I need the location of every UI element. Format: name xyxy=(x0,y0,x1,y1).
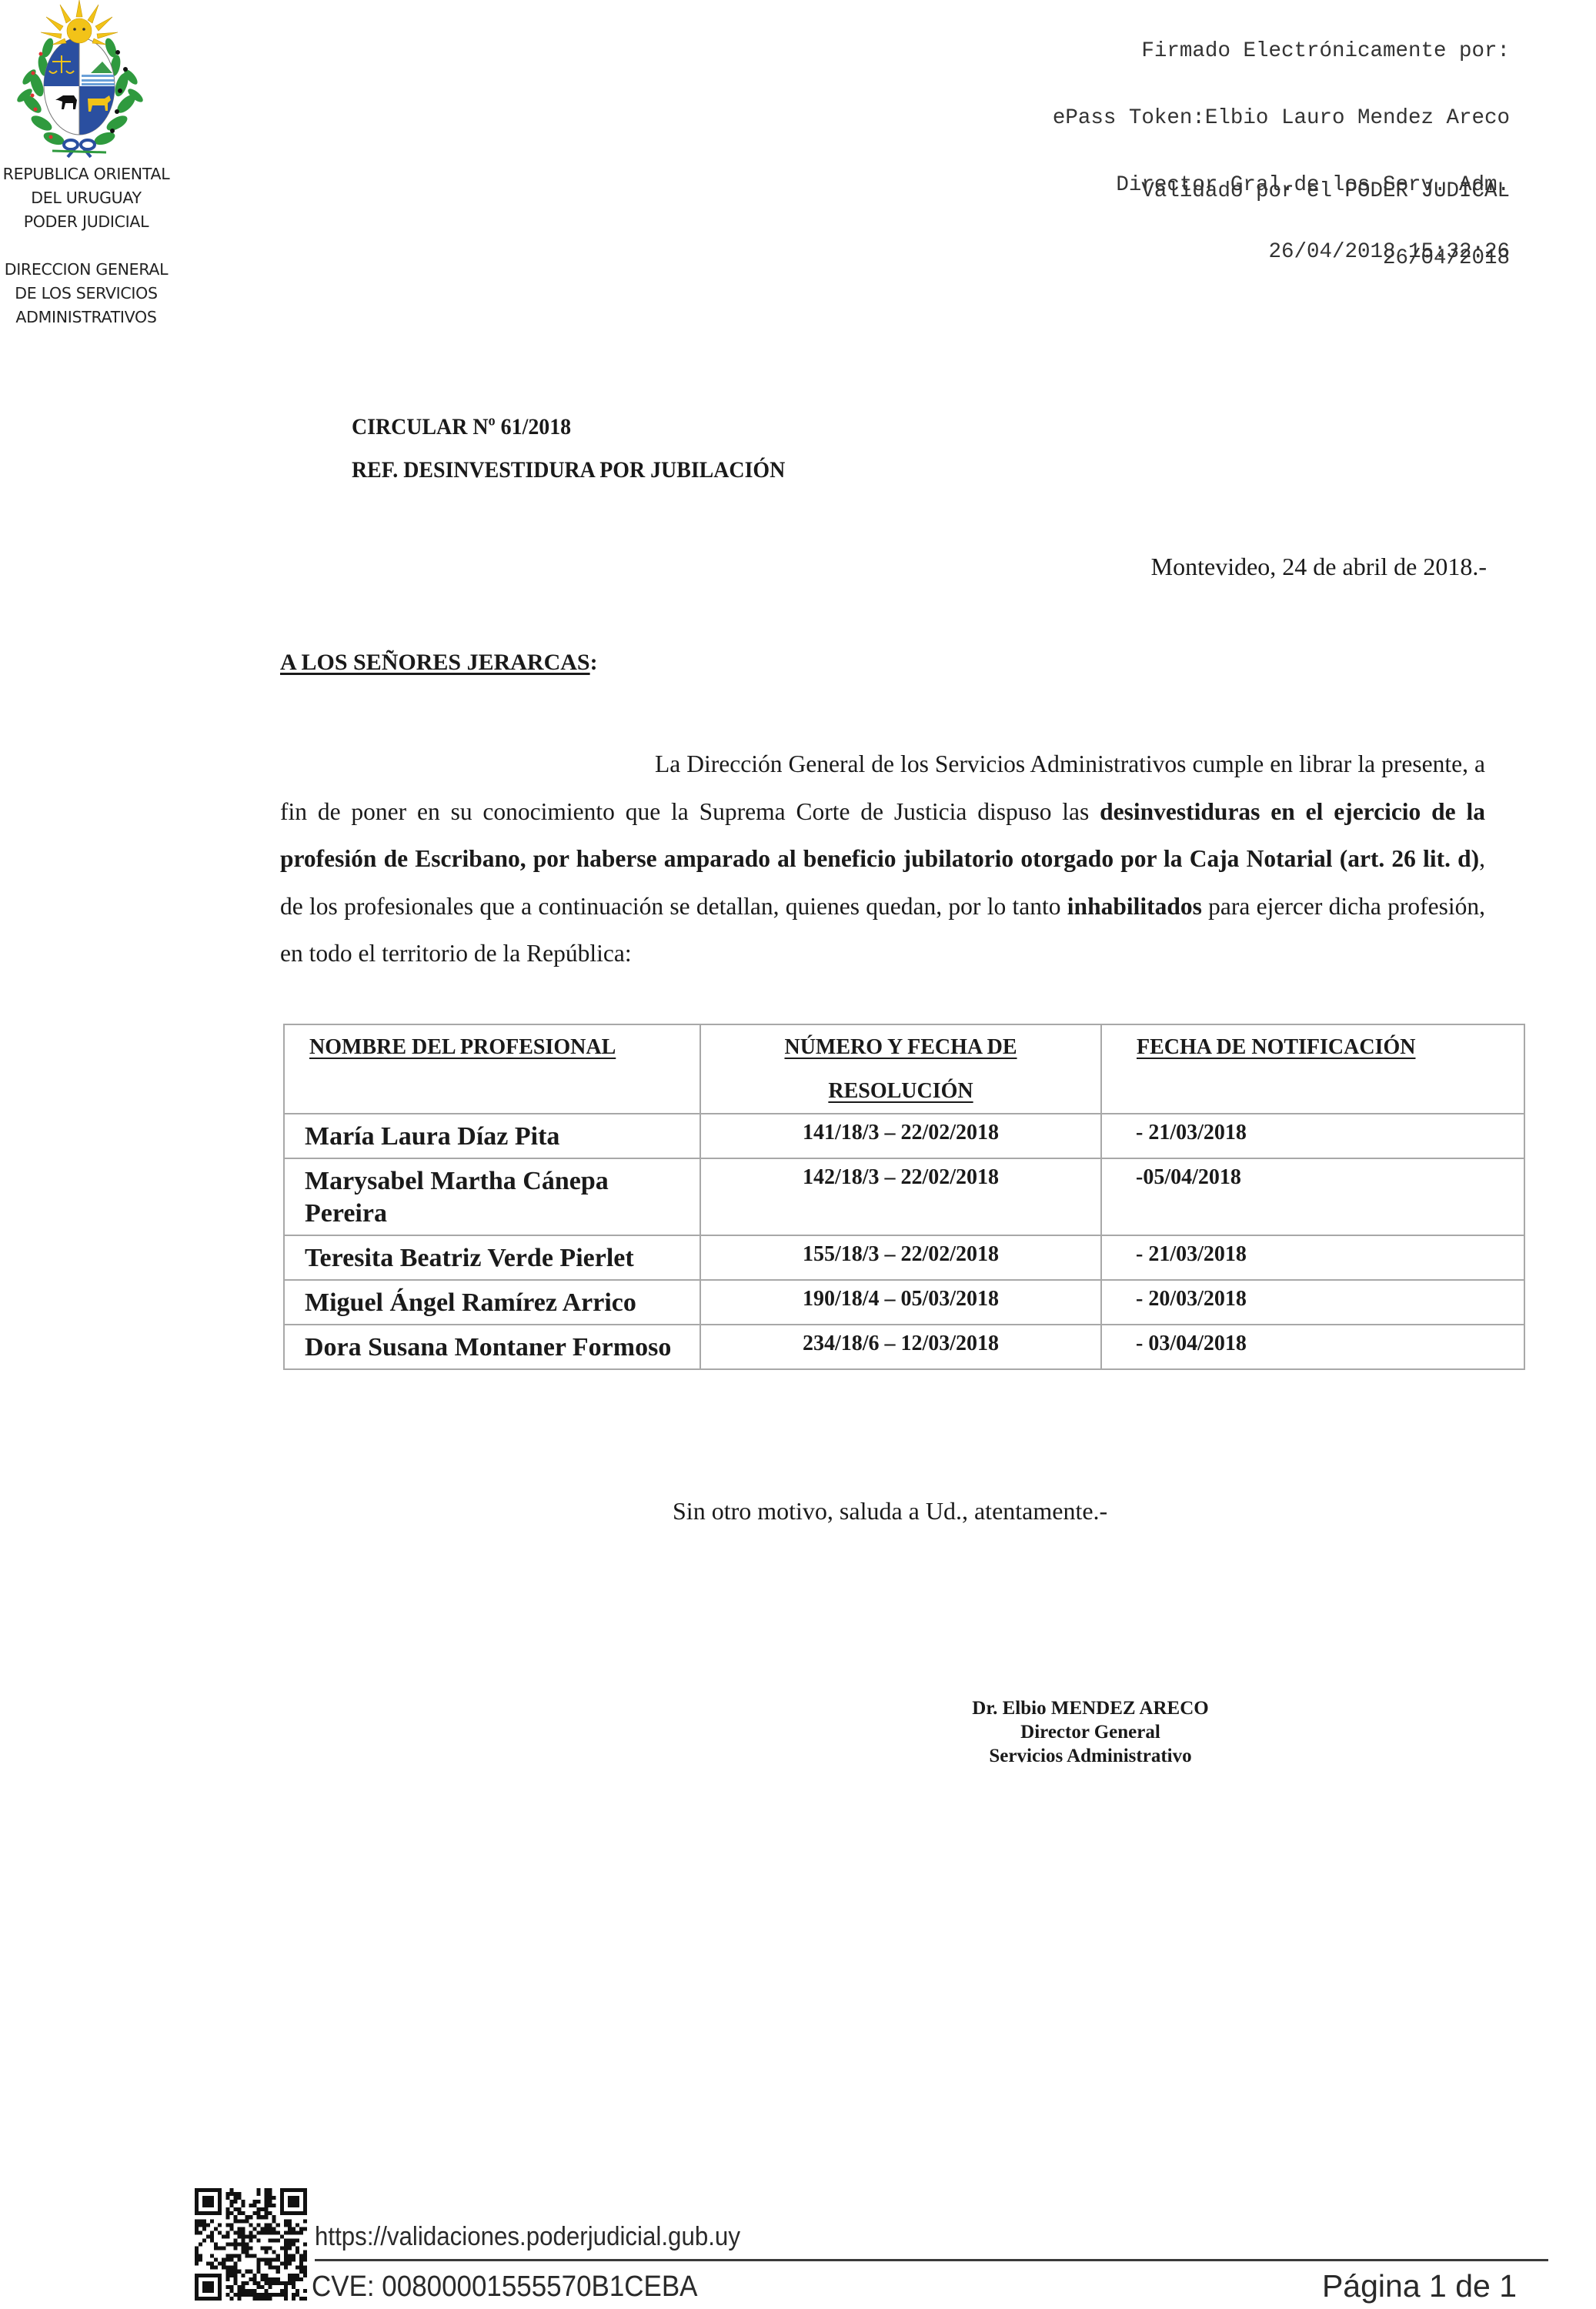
stamp-line: ePass Token:Elbio Lauro Mendez Areco xyxy=(1053,107,1510,129)
signatory-block: Dr. Elbio MENDEZ ARECO Director General … xyxy=(860,1696,1321,1768)
cell-name: Teresita Beatriz Verde Pierlet xyxy=(284,1235,700,1280)
table-row: Teresita Beatriz Verde Pierlet155/18/3 –… xyxy=(284,1235,1524,1280)
circular-title: CIRCULAR Nº 61/2018 xyxy=(352,414,571,440)
table-row: María Laura Díaz Pita141/18/3 – 22/02/20… xyxy=(284,1114,1524,1158)
reference-line: REF. DESINVESTIDURA POR JUBILACIÓN xyxy=(352,457,785,483)
cell-notification: - 21/03/2018 xyxy=(1101,1114,1524,1158)
cell-resolution: 142/18/3 – 22/02/2018 xyxy=(700,1158,1101,1235)
qr-code-icon xyxy=(195,2188,307,2301)
paragraph-bold-text: inhabilitados xyxy=(1067,893,1202,920)
header-line: RESOLUCIÓN xyxy=(828,1079,973,1103)
validation-url-link[interactable]: https://validaciones.poderjudicial.gub.u… xyxy=(315,2222,740,2252)
professionals-table: NOMBRE DEL PROFESIONAL NÚMERO Y FECHA DE… xyxy=(283,1024,1525,1370)
table-row: Miguel Ángel Ramírez Arrico190/18/4 – 05… xyxy=(284,1280,1524,1325)
column-header-name: NOMBRE DEL PROFESIONAL xyxy=(284,1024,700,1114)
cell-notification: - 21/03/2018 xyxy=(1101,1235,1524,1280)
cell-name: Dora Susana Montaner Formoso xyxy=(284,1325,700,1369)
org-line: REPUBLICA ORIENTAL xyxy=(0,162,172,186)
column-header-notification: FECHA DE NOTIFICACIÓN xyxy=(1101,1024,1524,1114)
cell-resolution: 141/18/3 – 22/02/2018 xyxy=(700,1114,1101,1158)
org-line: ADMINISTRATIVOS xyxy=(0,306,172,329)
cve-code: CVE: 00800001555570B1CEBA xyxy=(312,2271,697,2304)
org-line: DEL URUGUAY xyxy=(0,186,172,210)
org-line: DIRECCION GENERAL xyxy=(0,258,172,282)
table-header-row: NOMBRE DEL PROFESIONAL NÚMERO Y FECHA DE… xyxy=(284,1024,1524,1114)
header-line: NÚMERO Y FECHA DE xyxy=(784,1035,1017,1059)
coat-of-arms-logo xyxy=(14,0,145,160)
cell-name: Marysabel Martha Cánepa Pereira xyxy=(284,1158,700,1235)
cell-resolution: 190/18/4 – 05/03/2018 xyxy=(700,1280,1101,1325)
table-row: Dora Susana Montaner Formoso234/18/6 – 1… xyxy=(284,1325,1524,1369)
table-row: Marysabel Martha Cánepa Pereira142/18/3 … xyxy=(284,1158,1524,1235)
signatory-office: Servicios Administrativo xyxy=(860,1744,1321,1768)
salutation-text: A LOS SEÑORES JERARCAS xyxy=(280,650,590,675)
signatory-role: Director General xyxy=(860,1720,1321,1744)
cell-notification: - 03/04/2018 xyxy=(1101,1325,1524,1369)
cell-notification: -05/04/2018 xyxy=(1101,1158,1524,1235)
cell-name: María Laura Díaz Pita xyxy=(284,1114,700,1158)
footer-divider xyxy=(315,2259,1548,2261)
stamp-line: Validado por el PODER JUDICAL xyxy=(1141,180,1510,202)
column-header-resolution: NÚMERO Y FECHA DERESOLUCIÓN xyxy=(700,1024,1101,1114)
organization-name: REPUBLICA ORIENTAL DEL URUGUAY PODER JUD… xyxy=(0,162,172,234)
page-number: Página 1 de 1 xyxy=(1322,2268,1517,2304)
salutation-colon: : xyxy=(590,650,598,675)
stamp-line: Firmado Electrónicamente por: xyxy=(1053,40,1510,62)
cell-name: Miguel Ángel Ramírez Arrico xyxy=(284,1280,700,1325)
salutation: A LOS SEÑORES JERARCAS: xyxy=(280,650,598,676)
stamp-line: 26/04/2018 xyxy=(1141,247,1510,269)
signatory-name: Dr. Elbio MENDEZ ARECO xyxy=(860,1696,1321,1720)
date-line: Montevideo, 24 de abril de 2018.- xyxy=(1151,553,1487,581)
cell-resolution: 155/18/3 – 22/02/2018 xyxy=(700,1235,1101,1280)
body-paragraph: La Dirección General de los Servicios Ad… xyxy=(280,740,1485,977)
department-name: DIRECCION GENERAL DE LOS SERVICIOS ADMIN… xyxy=(0,258,172,329)
cell-resolution: 234/18/6 – 12/03/2018 xyxy=(700,1325,1101,1369)
cell-notification: - 20/03/2018 xyxy=(1101,1280,1524,1325)
org-line: PODER JUDICIAL xyxy=(0,210,172,234)
closing-line: Sin otro motivo, saluda a Ud., atentamen… xyxy=(673,1497,1107,1525)
org-line: DE LOS SERVICIOS xyxy=(0,282,172,306)
validation-stamp: Validado por el PODER JUDICAL 26/04/2018 xyxy=(1141,135,1510,292)
